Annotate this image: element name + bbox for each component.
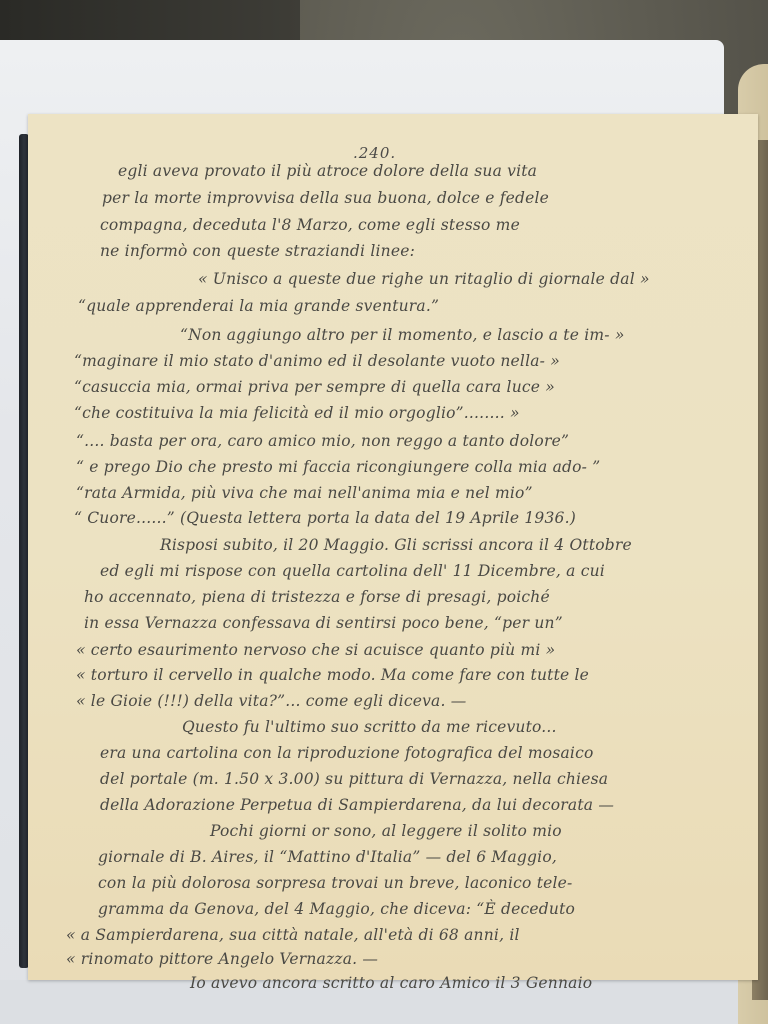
handwritten-line: “casuccia mia, ormai priva per sempre di… [74, 378, 555, 396]
handwritten-line: “maginare il mio stato d'animo ed il des… [74, 352, 560, 370]
handwritten-line: compagna, deceduta l'8 Marzo, come egli … [100, 216, 520, 234]
handwritten-line: “Non aggiungo altro per il momento, e la… [180, 326, 625, 344]
handwritten-line: egli aveva provato il più atroce dolore … [118, 162, 537, 180]
handwritten-line: « rinomato pittore Angelo Vernazza. — [66, 950, 378, 968]
handwritten-line: in essa Vernazza confessava di sentirsi … [84, 614, 563, 632]
handwritten-line: ho accennato, piena di tristezza e forse… [84, 588, 550, 606]
handwritten-line: « le Gioie (!!!) della vita?”... come eg… [76, 692, 466, 710]
handwritten-line: per la morte improvvisa della sua buona,… [102, 189, 549, 207]
handwritten-line: Risposi subito, il 20 Maggio. Gli scriss… [160, 536, 632, 554]
handwritten-line: « a Sampierdarena, sua città natale, all… [66, 926, 520, 944]
handwritten-line: « certo esaurimento nervoso che si acuis… [76, 641, 555, 659]
handwritten-line: del portale (m. 1.50 x 3.00) su pittura … [100, 770, 608, 788]
handwritten-line: Io avevo ancora scritto al caro Amico il… [190, 974, 592, 992]
handwritten-line: “rata Armida, più viva che mai nell'anim… [76, 484, 533, 502]
handwritten-line: gramma da Genova, del 4 Maggio, che dice… [98, 900, 575, 918]
handwritten-line: Pochi giorni or sono, al leggere il soli… [210, 822, 562, 840]
handwritten-line: “che costituiva la mia felicità ed il mi… [74, 404, 520, 422]
handwritten-line: « torturo il cervello in qualche modo. M… [76, 666, 589, 684]
handwritten-line: ne informò con queste straziandi linee: [100, 242, 415, 260]
handwritten-line: “ Cuore......” (Questa lettera porta la … [74, 509, 576, 527]
handwritten-line: della Adorazione Perpetua di Sampierdare… [100, 796, 614, 814]
handwritten-line: giornale di B. Aires, il “Mattino d'Ital… [98, 848, 557, 866]
handwritten-line: “quale apprenderai la mia grande sventur… [78, 297, 439, 315]
handwritten-line: con la più dolorosa sorpresa trovai un b… [98, 874, 572, 892]
handwritten-line: Questo fu l'ultimo suo scritto da me ric… [182, 718, 557, 736]
handwritten-line: « Unisco a queste due righe un ritaglio … [198, 270, 650, 288]
handwritten-line: era una cartolina con la riproduzione fo… [100, 744, 593, 762]
handwritten-line: ed egli mi rispose con quella cartolina … [100, 562, 605, 580]
page-number: .240. [353, 144, 396, 162]
handwritten-line: “ e prego Dio che presto mi faccia ricon… [76, 458, 600, 476]
handwritten-line: “.... basta per ora, caro amico mio, non… [76, 432, 569, 450]
